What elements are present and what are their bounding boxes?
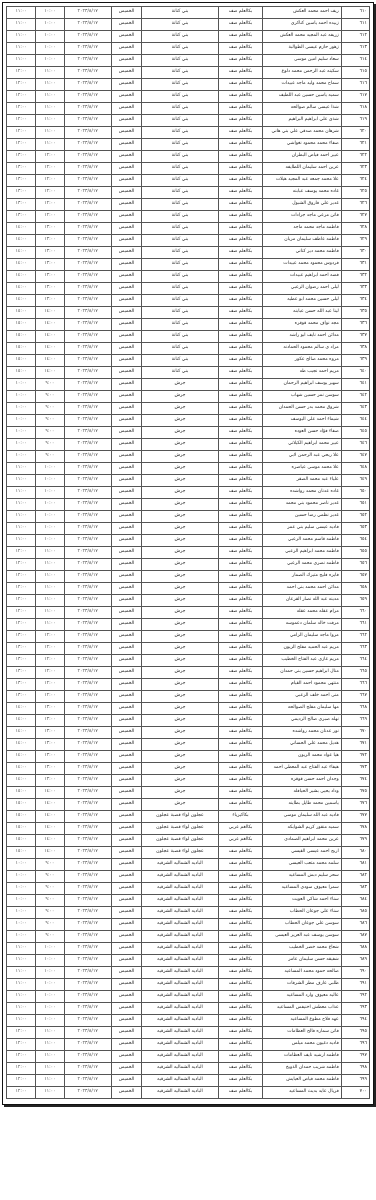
table-row: ٦٤٣شروق محمد بدر حسن الحمدانبكالعلم صفجر… (7, 403, 370, 415)
end-time-cell: ١٢:٠٠ (7, 103, 36, 115)
day-cell: الخميس (111, 55, 141, 67)
start-time-cell: ١٤:٠٠ (36, 343, 64, 355)
row-number-cell: ٦٨١ (341, 859, 369, 871)
day-cell: الخميس (111, 691, 141, 703)
student-name-cell: مريم احمد نجيب طه (263, 367, 342, 379)
table-row: ٦٧١هديل محمد علي الحسانيبكالعلم صفجرشالخ… (7, 739, 370, 751)
day-cell: الخميس (111, 1015, 141, 1027)
location-cell: بني كنانة (142, 151, 219, 163)
table-row: ٦٦٢مروا ماجد سليمان الزاميبكالعلم صفجرشا… (7, 631, 370, 643)
table-row: ٦٨٠اريج احمد عيسى القيسيبكالعلم صفعجلون … (7, 847, 370, 859)
exam-date-cell: ٢٠٢٣/٨/١٧ (64, 463, 111, 475)
start-time-cell: ٩:٠٠ (36, 439, 64, 451)
major-cell: بكالعلم صف (218, 271, 262, 283)
major-cell: بكالعلم صف (218, 703, 262, 715)
row-number-cell: ٧٠٠ (341, 1087, 369, 1099)
table-row: ٦١٦سماح محمد وليد ماجد عبيداتبكالعلم صفب… (7, 79, 370, 91)
table-row: ٦٤٤شيماء احمد علي اليوسفبكالعلم صفجرشالخ… (7, 415, 370, 427)
table-row: ٦٦٩نهله صبري صالح الرديميبكالعلم صفجرشال… (7, 715, 370, 727)
start-time-cell: ١٤:٠٠ (36, 835, 64, 847)
exam-date-cell: ٢٠٢٣/٨/١٧ (64, 331, 111, 343)
exam-date-cell: ٢٠٢٣/٨/١٧ (64, 187, 111, 199)
start-time-cell: ١١:٠٠ (36, 115, 64, 127)
student-name-cell: هيا عواد محمد الزيون (263, 751, 342, 763)
student-name-cell: سناء احمد شاكي العويت (263, 895, 342, 907)
start-time-cell: ١٣:٠٠ (36, 295, 64, 307)
table-row: ٦٩٨فاطمه شريب حمدان الذويخبكالعلم صفالبا… (7, 1063, 370, 1075)
student-name-cell: شرهان محمد صدقي علي بني هاني (263, 127, 342, 139)
exam-date-cell: ٢٠٢٣/٨/١٧ (64, 751, 111, 763)
major-cell: بكالعلم صف (218, 247, 262, 259)
student-name-cell: شعاع محمد خضر الخطيب (263, 943, 342, 955)
end-time-cell: ١٢:٠٠ (7, 139, 36, 151)
student-name-cell: مرفت خالد سلمان دعموسه (263, 619, 342, 631)
major-cell: بكالعلم صف (218, 451, 262, 463)
start-time-cell: ٩:٠٠ (36, 931, 64, 943)
start-time-cell: ١٠:٠٠ (36, 487, 64, 499)
start-time-cell: ١٢:٠٠ (36, 691, 64, 703)
start-time-cell: ١٠:٠٠ (36, 991, 64, 1003)
location-cell: جرش (142, 523, 219, 535)
exam-date-cell: ٢٠٢٣/٨/١٧ (64, 175, 111, 187)
day-cell: الخميس (111, 1039, 141, 1051)
row-number-cell: ٦٢٥ (341, 187, 369, 199)
table-row: ٦١٠ريف احمد محمد العكشبكالعلم صفبني كنان… (7, 7, 370, 19)
day-cell: الخميس (111, 1003, 141, 1015)
location-cell: جرش (142, 703, 219, 715)
exam-date-cell: ٢٠٢٣/٨/١٧ (64, 715, 111, 727)
table-row: ٦٥٣فاديه عيسى سليم بني عمربكالعلم صفجرشا… (7, 523, 370, 535)
exam-date-cell: ٢٠٢٣/٨/١٧ (64, 991, 111, 1003)
start-time-cell: ٩:٠٠ (36, 391, 64, 403)
exam-date-cell: ٢٠٢٣/٨/١٧ (64, 871, 111, 883)
major-cell: بكالعلم صف (218, 175, 262, 187)
major-cell: بكالعلم صف (218, 223, 262, 235)
row-number-cell: ٦٨٥ (341, 907, 369, 919)
row-number-cell: ٦٦٤ (341, 655, 369, 667)
table-row: ٦٣١فردوس محمود محمد عبيداتبكالعلم صفبني … (7, 259, 370, 271)
start-time-cell: ١١:٠٠ (36, 583, 64, 595)
exam-date-cell: ٢٠٢٣/٨/١٧ (64, 883, 111, 895)
row-number-cell: ٦٥١ (341, 499, 369, 511)
row-number-cell: ٦٥٥ (341, 547, 369, 559)
row-number-cell: ٦٣٠ (341, 247, 369, 259)
table-row: ٦٥٢غدير نظمي رضا حسينبكالعلم صفجرشالخميس… (7, 511, 370, 523)
major-cell: بكالعلم صف (218, 391, 262, 403)
end-time-cell: ١١:٠٠ (7, 55, 36, 67)
location-cell: جرش (142, 403, 219, 415)
student-name-cell: منى احمد خلف الزعبي (263, 691, 342, 703)
row-number-cell: ٦٢٨ (341, 223, 369, 235)
major-cell: بكالعلم صف (218, 679, 262, 691)
end-time-cell: ١٢:٠٠ (7, 595, 36, 607)
location-cell: عجلون لواء قصبة عجلون (142, 847, 219, 859)
student-name-cell: سكينه عبد الرحمن محمد دلوع (263, 67, 342, 79)
day-cell: الخميس (111, 895, 141, 907)
major-cell: بكالعلم صف (218, 19, 262, 31)
table-row: ٦٥٠غاده عدنان محمد رواشدهبكالعلم صفجرشال… (7, 487, 370, 499)
table-row: ٧٠٠فريال عايد بديث المساعيدبكالعلم صفالب… (7, 1087, 370, 1099)
exam-date-cell: ٢٠٢٣/٨/١٧ (64, 1051, 111, 1063)
day-cell: الخميس (111, 7, 141, 19)
major-cell: بكالعلم صف (218, 307, 262, 319)
start-time-cell: ١٢:٠٠ (36, 175, 64, 187)
end-time-cell: ١١:٠٠ (7, 955, 36, 967)
table-row: ٦٢٠شرهان محمد صدقي علي بني هانيبكالعلم ص… (7, 127, 370, 139)
exam-date-cell: ٢٠٢٣/٨/١٧ (64, 67, 111, 79)
major-cell: بكالغم عربي (218, 823, 262, 835)
end-time-cell: ١٣:٠٠ (7, 631, 36, 643)
start-time-cell: ١٣:٠٠ (36, 235, 64, 247)
end-time-cell: ١٥:٠٠ (7, 799, 36, 811)
student-name-cell: سناء علي جوعان الحطاب (263, 907, 342, 919)
start-time-cell: ٩:٠٠ (36, 907, 64, 919)
exam-date-cell: ٢٠٢٣/٨/١٧ (64, 223, 111, 235)
major-cell: بكالعلم صف (218, 775, 262, 787)
major-cell: بكالعلم صف (218, 583, 262, 595)
row-number-cell: ٦٢٦ (341, 199, 369, 211)
day-cell: الخميس (111, 1063, 141, 1075)
table-row: ٦٨١سلمه محمد متعب العيسىبكالعلم صفالبادي… (7, 859, 370, 871)
location-cell: بني كنانة (142, 67, 219, 79)
start-time-cell: ١٢:٠٠ (36, 199, 64, 211)
day-cell: الخميس (111, 487, 141, 499)
location-cell: بني كنانة (142, 115, 219, 127)
row-number-cell: ٦٩٥ (341, 1027, 369, 1039)
table-row: ٦٢٣عرين احمد سليمان اللطايفهبكالعلم صفبن… (7, 163, 370, 175)
row-number-cell: ٦٥٧ (341, 571, 369, 583)
row-number-cell: ٦٣٢ (341, 271, 369, 283)
day-cell: الخميس (111, 235, 141, 247)
row-number-cell: ٦٣٧ (341, 331, 369, 343)
start-time-cell: ١٣:٠٠ (36, 223, 64, 235)
major-cell: بكالعلم صف (218, 55, 262, 67)
day-cell: الخميس (111, 19, 141, 31)
student-name-cell: سحر سليم دبش المساعيد (263, 871, 342, 883)
end-time-cell: ١٤:٠٠ (7, 283, 36, 295)
major-cell: بكالغم عربي (218, 835, 262, 847)
end-time-cell: ١٢:٠٠ (7, 127, 36, 139)
major-cell: بكالعلم صف (218, 907, 262, 919)
major-cell: بكالعلم صف (218, 751, 262, 763)
start-time-cell: ١٠:٠٠ (36, 463, 64, 475)
location-cell: جرش (142, 415, 219, 427)
end-time-cell: ١٠:٠٠ (7, 391, 36, 403)
major-cell: بكالعلم صف (218, 595, 262, 607)
end-time-cell: ١٤:٠٠ (7, 775, 36, 787)
exam-date-cell: ٢٠٢٣/٨/١٧ (64, 859, 111, 871)
student-name-cell: مريم غازي عبد الفتاح الخطيب (263, 655, 342, 667)
row-number-cell: ٦٥٣ (341, 523, 369, 535)
exam-date-cell: ٢٠٢٣/٨/١٧ (64, 655, 111, 667)
end-time-cell: ١٤:٠٠ (7, 295, 36, 307)
student-name-cell: فاطمه محمد ابراهيم الزعبي (263, 547, 342, 559)
start-time-cell: ١٠:٠٠ (36, 475, 64, 487)
major-cell: بكالعلم صف (218, 691, 262, 703)
location-cell: بني كنانة (142, 247, 219, 259)
location-cell: جرش (142, 643, 219, 655)
row-number-cell: ٦٤٢ (341, 391, 369, 403)
end-time-cell: ١١:٠٠ (7, 463, 36, 475)
day-cell: الخميس (111, 199, 141, 211)
end-time-cell: ١٢:٠٠ (7, 619, 36, 631)
end-time-cell: ١٠:٠٠ (7, 439, 36, 451)
table-row: ٦٥٧فايزه فليح متيرك الصماربكالعلم صفجرشا… (7, 571, 370, 583)
start-time-cell: ١١:٠٠ (36, 79, 64, 91)
student-name-cell: نهله صبري صالح الرديمي (263, 715, 342, 727)
row-number-cell: ٦٢٤ (341, 175, 369, 187)
end-time-cell: ١٢:٠٠ (7, 571, 36, 583)
exam-date-cell: ٢٠٢٣/٨/١٧ (64, 19, 111, 31)
location-cell: جرش (142, 535, 219, 547)
student-name-cell: فاطمه عاطف سليمان مريان (263, 235, 342, 247)
end-time-cell: ١٠:٠٠ (7, 883, 36, 895)
start-time-cell: ١١:٠٠ (36, 1075, 64, 1087)
exam-date-cell: ٢٠٢٣/٨/١٧ (64, 403, 111, 415)
exam-date-cell: ٢٠٢٣/٨/١٧ (64, 499, 111, 511)
day-cell: الخميس (111, 31, 141, 43)
major-cell: بكالعلم صف (218, 607, 262, 619)
day-cell: الخميس (111, 343, 141, 355)
start-time-cell: ١١:٠٠ (36, 1063, 64, 1075)
student-name-cell: علا ربحي عبد الرحمن لابي (263, 451, 342, 463)
student-name-cell: سعاد سليم امين موسى (263, 55, 342, 67)
end-time-cell: ١٠:٠٠ (7, 451, 36, 463)
table-row: ٦٢٦غدير علي فاروق الشبولبكالعلم صفبني كن… (7, 199, 370, 211)
day-cell: الخميس (111, 799, 141, 811)
major-cell: بكالعلم صف (218, 919, 262, 931)
location-cell: الباديه الشماليه الشرقيه (142, 1063, 219, 1075)
end-time-cell: ١٤:٠٠ (7, 727, 36, 739)
day-cell: الخميس (111, 403, 141, 415)
row-number-cell: ٦١٥ (341, 67, 369, 79)
row-number-cell: ٦٤٧ (341, 451, 369, 463)
location-cell: جرش (142, 667, 219, 679)
table-row: ٦٢٩فاطمه عاطف سليمان مريانبكالعلم صفبني … (7, 235, 370, 247)
end-time-cell: ١١:٠٠ (7, 487, 36, 499)
table-row: ٦٣٢فضه احمد ابراهيم عبيداتبكالعلم صفبني … (7, 271, 370, 283)
location-cell: جرش (142, 571, 219, 583)
row-number-cell: ٦٦٢ (341, 631, 369, 643)
start-time-cell: ١٢:٠٠ (36, 679, 64, 691)
major-cell: بكاكيزياء (218, 811, 262, 823)
end-time-cell: ١٥:٠٠ (7, 307, 36, 319)
location-cell: بني كنانة (142, 31, 219, 43)
exam-date-cell: ٢٠٢٣/٨/١٧ (64, 571, 111, 583)
student-name-cell: ريف احمد محمد العكش (263, 7, 342, 19)
student-name-cell: مها سليمان مفلح الصوالحه (263, 703, 342, 715)
day-cell: الخميس (111, 535, 141, 547)
day-cell: الخميس (111, 559, 141, 571)
start-time-cell: ١١:٠٠ (36, 139, 64, 151)
end-time-cell: ١٥:٠٠ (7, 319, 36, 331)
table-row: ٦١٧سميه ياسين حسين عبد اللطيفبكالعلم صفب… (7, 91, 370, 103)
start-time-cell: ١٤:٠٠ (36, 319, 64, 331)
student-name-cell: صفاء محمد محمود نغواشي (263, 139, 342, 151)
start-time-cell: ١٣:٠٠ (36, 283, 64, 295)
start-time-cell: ١١:٠٠ (36, 571, 64, 583)
exam-date-cell: ٢٠٢٣/٨/١٧ (64, 1063, 111, 1075)
end-time-cell: ١٠:٠٠ (7, 415, 36, 427)
day-cell: الخميس (111, 1027, 141, 1039)
exam-date-cell: ٢٠٢٣/٨/١٧ (64, 895, 111, 907)
row-number-cell: ٦٧٤ (341, 775, 369, 787)
end-time-cell: ١٤:٠٠ (7, 223, 36, 235)
major-cell: بكالعلم صف (218, 7, 262, 19)
major-cell: بكالعلم صف (218, 763, 262, 775)
major-cell: بكالعلم صف (218, 1075, 262, 1087)
student-name-cell: علياء عبد محمد الصقر (263, 475, 342, 487)
location-cell: الباديه الشماليه الشرقيه (142, 883, 219, 895)
day-cell: الخميس (111, 847, 141, 859)
location-cell: جرش (142, 727, 219, 739)
day-cell: الخميس (111, 727, 141, 739)
end-time-cell: ١١:٠٠ (7, 967, 36, 979)
start-time-cell: ٩:٠٠ (36, 883, 64, 895)
location-cell: بني كنانة (142, 271, 219, 283)
row-number-cell: ٦٥٢ (341, 511, 369, 523)
table-row: ٦٧٥وداد يحيى بشير الحيافلهبكالعلم صفجرشا… (7, 787, 370, 799)
table-row: ٦٥٦فاطمه نصري محمد الزعبيبكالعلم صفجرشال… (7, 559, 370, 571)
student-name-cell: مرام عقله محمد عقله (263, 607, 342, 619)
day-cell: الخميس (111, 211, 141, 223)
end-time-cell: ١٠:٠٠ (7, 859, 36, 871)
major-cell: بكالعلم صف (218, 187, 262, 199)
table-row: ٦٤٩علياء عبد محمد الصقربكالعلم صفجرشالخم… (7, 475, 370, 487)
student-name-cell: فايزه فليح متيرك الصمار (263, 571, 342, 583)
start-time-cell: ١٢:٠٠ (36, 211, 64, 223)
day-cell: الخميس (111, 871, 141, 883)
end-time-cell: ١١:٠٠ (7, 535, 36, 547)
exam-date-cell: ٢٠٢٣/٨/١٧ (64, 547, 111, 559)
day-cell: الخميس (111, 979, 141, 991)
end-time-cell: ١١:٠٠ (7, 979, 36, 991)
major-cell: بكالعلم صف (218, 547, 262, 559)
location-cell: جرش (142, 391, 219, 403)
major-cell: بكالعلم صف (218, 487, 262, 499)
table-row: ٦٨٨شعاع محمد خضر الخطيببكالعلم صفالباديه… (7, 943, 370, 955)
day-cell: الخميس (111, 1051, 141, 1063)
student-name-cell: مروه محمد صالح عكور (263, 355, 342, 367)
location-cell: بني كنانة (142, 259, 219, 271)
location-cell: الباديه الشماليه الشرقيه (142, 859, 219, 871)
student-name-cell: غدير نظمي رضا حسين (263, 511, 342, 523)
schedule-table: ٦١٠ريف احمد محمد العكشبكالعلم صفبني كنان… (6, 6, 370, 1099)
student-name-cell: فاتن مرعي ماجد جرادات (263, 211, 342, 223)
end-time-cell: ١٣:٠٠ (7, 643, 36, 655)
table-row: ٦٧٦ياسمين محمد طايل بطاينهبكالعلم صفجرشا… (7, 799, 370, 811)
table-row: ٦٦١مرفت خالد سلمان دعموسهبكالعلم صفجرشال… (7, 619, 370, 631)
start-time-cell: ١١:٠٠ (36, 547, 64, 559)
exam-date-cell: ٢٠٢٣/٨/١٧ (64, 475, 111, 487)
row-number-cell: ٦٢٢ (341, 151, 369, 163)
day-cell: الخميس (111, 43, 141, 55)
row-number-cell: ٦٥٠ (341, 487, 369, 499)
day-cell: الخميس (111, 835, 141, 847)
student-name-cell: فردوس محمود محمد عبيدات (263, 259, 342, 271)
location-cell: جرش (142, 595, 219, 607)
location-cell: بني كنانة (142, 367, 219, 379)
row-number-cell: ٦٦٣ (341, 643, 369, 655)
student-name-cell: فاديه دغيون محمد ميلس (263, 1039, 342, 1051)
location-cell: الباديه الشماليه الشرقيه (142, 907, 219, 919)
day-cell: الخميس (111, 547, 141, 559)
student-name-cell: ليلى احمد رضوان الزعبي (263, 283, 342, 295)
location-cell: بني كنانة (142, 283, 219, 295)
major-cell: بكالعلم صف (218, 523, 262, 535)
table-row: ٦٩٥فاتن سماره فالح العظاماتبكالعلم صفالب… (7, 1027, 370, 1039)
row-number-cell: ٦٧٢ (341, 751, 369, 763)
day-cell: الخميس (111, 427, 141, 439)
row-number-cell: ٦٩٨ (341, 1063, 369, 1075)
start-time-cell: ١١:٠٠ (36, 67, 64, 79)
exam-date-cell: ٢٠٢٣/٨/١٧ (64, 967, 111, 979)
location-cell: عجلون لواء قصبة عجلون (142, 823, 219, 835)
student-name-cell: عاليه معيوف وارد المساعيد (263, 991, 342, 1003)
location-cell: جرش (142, 775, 219, 787)
start-time-cell: ١٠:٠٠ (36, 967, 64, 979)
location-cell: بني كنانة (142, 139, 219, 151)
student-name-cell: اريج احمد عيسى القيسي (263, 847, 342, 859)
major-cell: بكالعلم صف (218, 319, 262, 331)
location-cell: جرش (142, 715, 219, 727)
start-time-cell: ١١:٠٠ (36, 103, 64, 115)
start-time-cell: ١١:٠٠ (36, 619, 64, 631)
location-cell: بني كنانة (142, 127, 219, 139)
start-time-cell: ١٤:٠٠ (36, 307, 64, 319)
row-number-cell: ٦٣٣ (341, 283, 369, 295)
day-cell: الخميس (111, 247, 141, 259)
major-cell: بكالعلم صف (218, 559, 262, 571)
student-name-cell: شذا عيسى سالم صوالحه (263, 103, 342, 115)
start-time-cell: ١٣:٠٠ (36, 247, 64, 259)
student-name-cell: وجدان احمد حسن قوقزه (263, 775, 342, 787)
location-cell: جرش (142, 583, 219, 595)
table-row: ٦٧٢هيا عواد محمد الزيونبكالعلم صفجرشالخم… (7, 751, 370, 763)
major-cell: بكالعلم صف (218, 1027, 262, 1039)
table-row: ٦٦٦منتهى محمود احمد القيامبكالعلم صفجرشا… (7, 679, 370, 691)
table-row: ٦٦٨مها سليمان مفلح الصوالحهبكالعلم صفجرش… (7, 703, 370, 715)
major-cell: بكالعلم صف (218, 415, 262, 427)
student-name-cell: فريال عايد بديث المساعيد (263, 1087, 342, 1099)
exam-date-cell: ٢٠٢٣/٨/١٧ (64, 907, 111, 919)
table-row: ٦٧٨سميه منقور كريم الشوابكهبكالغم عربيعج… (7, 823, 370, 835)
day-cell: الخميس (111, 955, 141, 967)
student-name-cell: سوسن علي جوعان الحطاب (263, 919, 342, 931)
major-cell: بكالعلم صف (218, 355, 262, 367)
student-name-cell: مراد ي سالم محمود الحمادنه (263, 343, 342, 355)
row-number-cell: ٦٥٩ (341, 595, 369, 607)
end-time-cell: ١٥:٠٠ (7, 343, 36, 355)
location-cell: الباديه الشماليه الشرقيه (142, 1039, 219, 1051)
end-time-cell: ١١:٠٠ (7, 499, 36, 511)
start-time-cell: ٩:٠٠ (36, 403, 64, 415)
start-time-cell: ٩:٠٠ (36, 919, 64, 931)
location-cell: بني كنانة (142, 295, 219, 307)
day-cell: الخميس (111, 883, 141, 895)
row-number-cell: ٦٢٩ (341, 235, 369, 247)
end-time-cell: ١٣:٠٠ (7, 679, 36, 691)
location-cell: بني كنانة (142, 187, 219, 199)
exam-date-cell: ٢٠٢٣/٨/١٧ (64, 691, 111, 703)
end-time-cell: ١٢:٠٠ (7, 1075, 36, 1087)
location-cell: الباديه الشماليه الشرقيه (142, 919, 219, 931)
location-cell: جرش (142, 799, 219, 811)
major-cell: بكالعلم صف (218, 295, 262, 307)
exam-date-cell: ٢٠٢٣/٨/١٧ (64, 643, 111, 655)
day-cell: الخميس (111, 703, 141, 715)
row-number-cell: ٦٦٩ (341, 715, 369, 727)
